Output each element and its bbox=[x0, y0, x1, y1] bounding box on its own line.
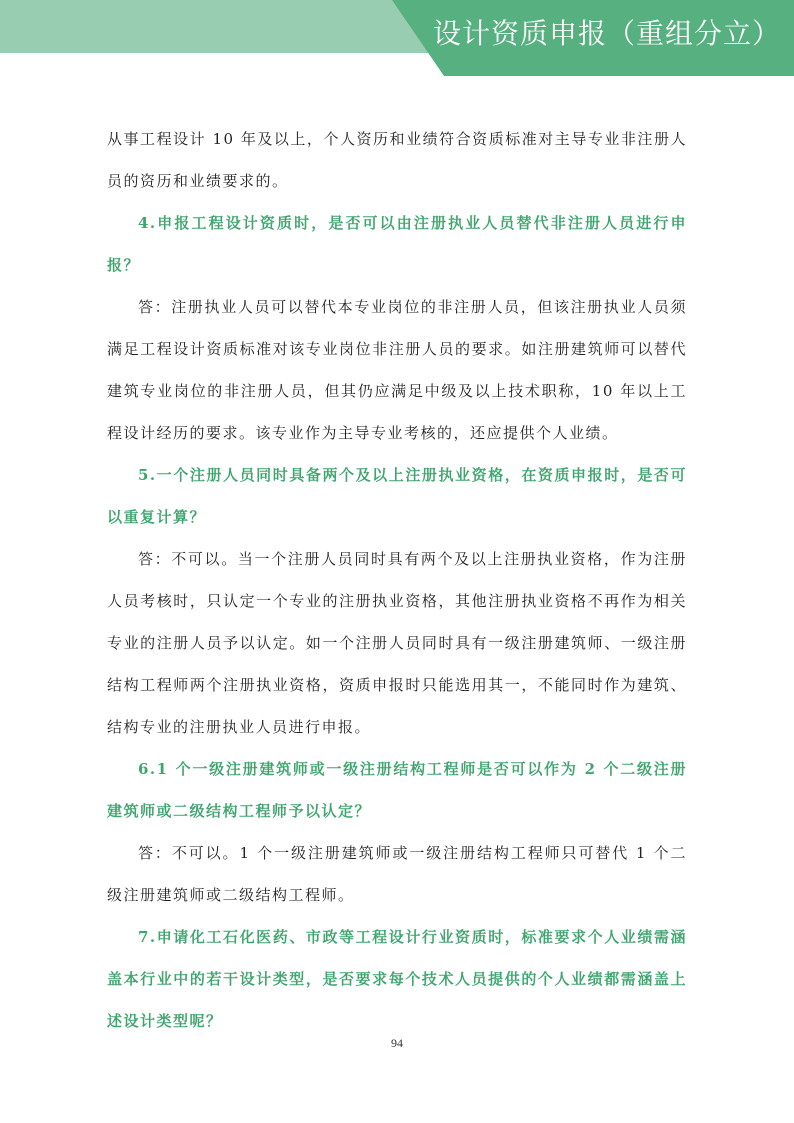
page-number: 94 bbox=[0, 1036, 794, 1051]
answer-continuation: 从事工程设计 10 年及以上，个人资历和业绩符合资质标准对主导专业非注册人员的资… bbox=[107, 118, 687, 202]
page-header-title: 设计资质申报（重组分立） bbox=[433, 14, 793, 54]
question-6: 6.1 个一级注册建筑师或一级注册结构工程师是否可以作为 2 个二级注册建筑师或… bbox=[107, 748, 687, 832]
question-4: 4.申报工程设计资质时，是否可以由注册执业人员替代非注册人员进行申报？ bbox=[107, 202, 687, 286]
question-7: 7.申请化工石化医药、市政等工程设计行业资质时，标准要求个人业绩需涵盖本行业中的… bbox=[107, 916, 687, 1042]
document-body: 从事工程设计 10 年及以上，个人资历和业绩符合资质标准对主导专业非注册人员的资… bbox=[107, 118, 687, 1042]
answer-4: 答：注册执业人员可以替代本专业岗位的非注册人员，但该注册执业人员须满足工程设计资… bbox=[107, 286, 687, 454]
answer-5: 答：不可以。当一个注册人员同时具有两个及以上注册执业资格，作为注册人员考核时，只… bbox=[107, 538, 687, 748]
question-5: 5.一个注册人员同时具备两个及以上注册执业资格，在资质申报时，是否可以重复计算？ bbox=[107, 454, 687, 538]
answer-6: 答：不可以。1 个一级注册建筑师或一级注册结构工程师只可替代 1 个二级注册建筑… bbox=[107, 832, 687, 916]
